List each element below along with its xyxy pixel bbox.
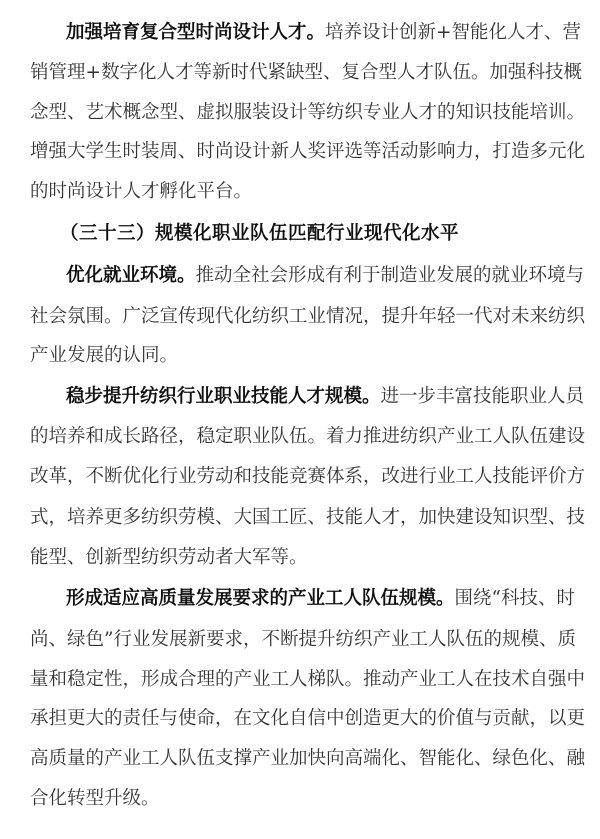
paragraph-text: 进一步丰富技能职业人员 xyxy=(381,386,585,407)
paragraph-4-line-2: 尚、绿色”行业发展新要求，不断提升纺织产业工人队伍的规模、质 xyxy=(30,620,566,660)
paragraph-3-line-3: 改革，不断优化行业劳动和技能竞赛体系，改进行业工人技能评价方 xyxy=(30,457,566,497)
paragraph-4-line-3: 量和稳定性，形成合理的产业工人梯队。推动产业工人在技术自强中 xyxy=(30,660,566,700)
section-heading: （三十三）规模化职业队伍匹配行业现代化水平 xyxy=(60,214,459,254)
paragraph-text: 围绕“科技、时 xyxy=(455,588,575,609)
paragraph-3-line-2: 的培养和成长路径，稳定职业队伍。着力推进纺织产业工人队伍建设 xyxy=(30,417,566,457)
paragraph-lead: 优化就业环境。 xyxy=(66,265,196,286)
paragraph-3-line-4: 式，培养更多纺织劳模、大国工匠、技能人才，加快建设知识型、技 xyxy=(30,498,566,538)
paragraph-1-line-4: 增强大学生时装周、时尚设计新人奖评选等活动影响力，打造多元化 xyxy=(30,132,566,172)
document-page: 加强培育复合型时尚设计人才。培养设计创新+智能化人才、营 销管理+数字化人才等新… xyxy=(0,0,600,839)
paragraph-text: 推动全社会形成有利于制造业发展的就业环境与 xyxy=(196,265,585,286)
paragraph-1-line-2: 销管理+数字化人才等新时代紧缺型、复合型人才队伍。加强科技概 xyxy=(30,53,566,93)
paragraph-3-line-5: 能型、创新型纺织劳动者大军等。 xyxy=(30,538,566,578)
paragraph-lead: 稳步提升纺织行业职业技能人才规模。 xyxy=(66,386,381,407)
paragraph-4-line-4: 承担更大的责任与使命，在文化自信中创造更大的价值与贡献，以更 xyxy=(30,699,566,739)
paragraph-4-line-1: 形成适应高质量发展要求的产业工人队伍规模。围绕“科技、时 xyxy=(66,579,566,619)
paragraph-lead: 加强培育复合型时尚设计人才。 xyxy=(66,22,325,43)
paragraph-2-line-3: 产业发展的认同。 xyxy=(30,336,566,376)
paragraph-lead: 形成适应高质量发展要求的产业工人队伍规模。 xyxy=(66,588,455,609)
paragraph-1-line-5: 的时尚设计人才孵化平台。 xyxy=(30,172,566,212)
paragraph-2-line-2: 社会氛围。广泛宣传现代化纺织工业情况，提升年轻一代对未来纺织 xyxy=(30,297,566,337)
paragraph-4-line-6: 合化转型升级。 xyxy=(30,779,566,819)
paragraph-text: 培养设计创新+智能化人才、营 xyxy=(325,22,581,43)
paragraph-4-line-5: 高质量的产业工人队伍支撑产业加快向高端化、智能化、绿色化、融 xyxy=(30,739,566,779)
paragraph-2-line-1: 优化就业环境。推动全社会形成有利于制造业发展的就业环境与 xyxy=(66,256,566,296)
paragraph-3-line-1: 稳步提升纺织行业职业技能人才规模。进一步丰富技能职业人员 xyxy=(66,377,566,417)
paragraph-1-line-3: 念型、艺术概念型、虚拟服装设计等纺织专业人才的知识技能培训。 xyxy=(30,93,566,133)
paragraph-1-line-1: 加强培育复合型时尚设计人才。培养设计创新+智能化人才、营 xyxy=(66,13,566,53)
